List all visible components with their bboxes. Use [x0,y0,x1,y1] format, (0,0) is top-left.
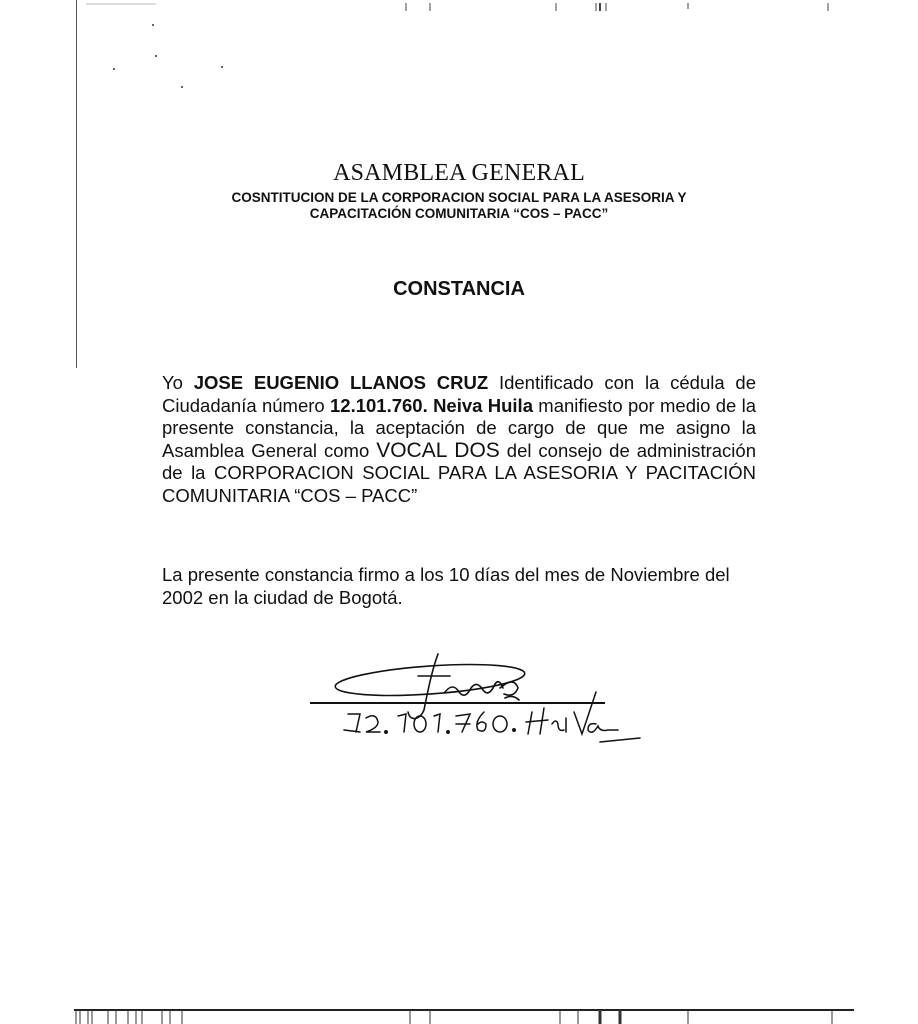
document-subtitle: COSNTITUCION DE LA CORPORACION SOCIAL PA… [0,190,918,222]
signing-date-paragraph: La presente constancia firmo a los 10 dí… [162,564,756,609]
scan-speck [113,68,115,70]
document-title: ASAMBLEA GENERAL [0,160,918,187]
signature-block: 12.101.760. Huila [300,640,680,750]
scan-speck [221,66,223,68]
scan-top-edge-artifacts [76,0,836,10]
text-run: Yo [162,372,194,393]
id-place: Neiva Huila [433,395,533,416]
scan-speck [181,86,183,88]
subtitle-line-2: CAPACITACIÓN COMUNITARIA “COS – PACC” [0,206,918,222]
document-heading: CONSTANCIA [0,278,918,301]
declaration-paragraph: Yo JOSE EUGENIO LLANOS CRUZ Identificado… [162,372,756,507]
declarant-name: JOSE EUGENIO LLANOS CRUZ [194,372,488,393]
scanned-document-page: ASAMBLEA GENERAL COSNTITUCION DE LA CORP… [0,0,918,1024]
assigned-role: VOCAL DOS [376,439,500,462]
subtitle-line-1: COSNTITUCION DE LA CORPORACION SOCIAL PA… [0,190,918,206]
scan-speck [155,55,157,57]
scan-bottom-edge-artifacts [74,1006,854,1024]
handwritten-signature [300,640,680,750]
id-number: 12.101.760. [330,395,428,416]
scan-speck [152,24,154,26]
